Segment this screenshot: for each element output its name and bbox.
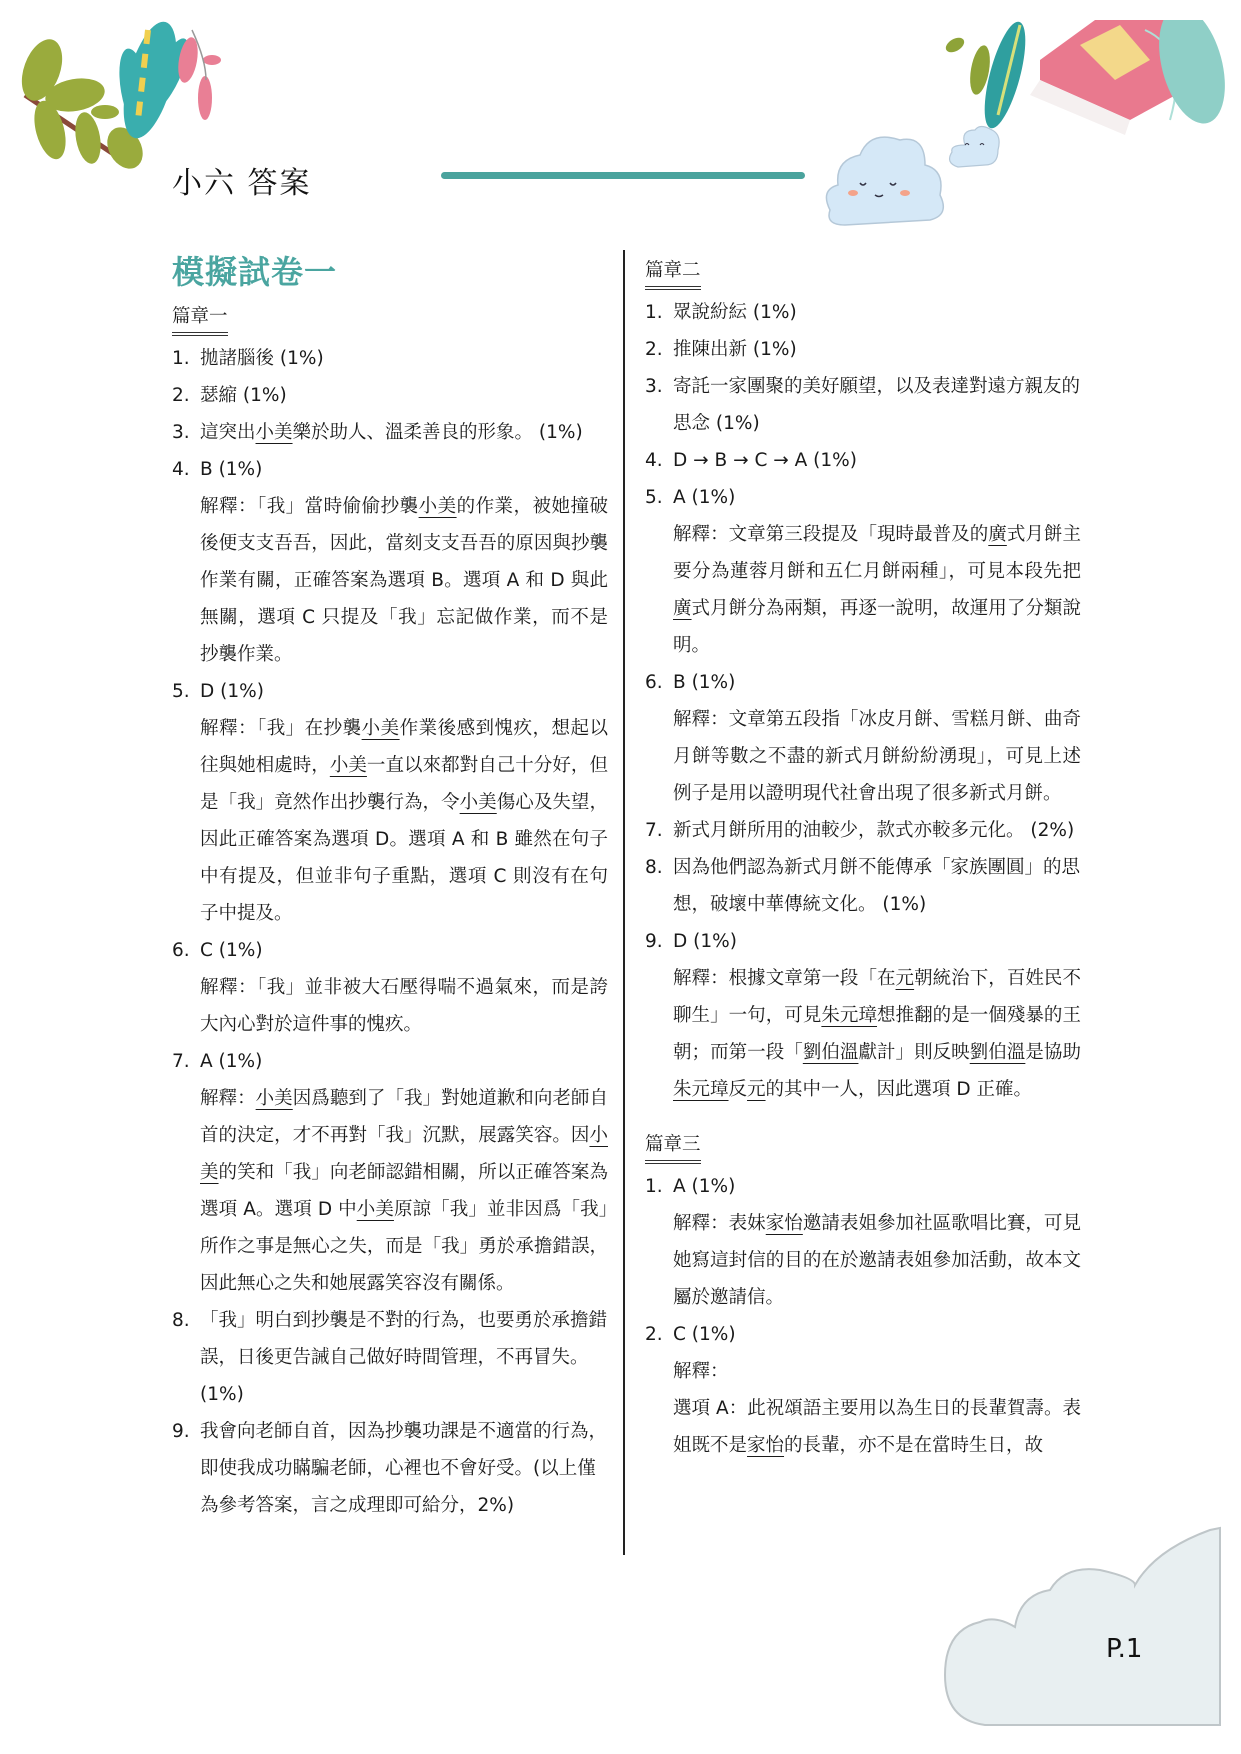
- answer-item: 1.A (1%): [645, 1168, 1081, 1205]
- proper-noun: 小美: [362, 718, 400, 739]
- leaves-illustration-top-left: [20, 20, 240, 170]
- explanation: 解釋：表妹家怡邀請表姐參加社區歌唱比賽，可見她寫這封信的目的在於邀請表姐參加活動…: [645, 1205, 1081, 1316]
- chapter-heading-2: 篇章二: [645, 256, 701, 290]
- answer-item: 2.C (1%): [645, 1316, 1081, 1353]
- proper-noun: 家怡: [766, 1213, 803, 1234]
- answer-item: 1.眾說紛紜 (1%): [645, 294, 1081, 331]
- page-number: P.1: [1106, 1634, 1142, 1664]
- explanation: 解釋：小美因爲聽到了「我」對她道歉和向老師自首的決定，才不再對「我」沉默，展露笑…: [172, 1080, 608, 1302]
- proper-noun: 廣: [673, 598, 692, 619]
- proper-noun: 家怡: [747, 1435, 784, 1456]
- answer-item: 2.推陳出新 (1%): [645, 331, 1081, 368]
- proper-noun: 小美: [419, 496, 457, 517]
- chapter-heading-1: 篇章一: [172, 302, 228, 336]
- answer-item: 8.因為他們認為新式月餅不能傳承「家族團圓」的思想，破壞中華傳統文化。 (1%): [645, 849, 1081, 923]
- answer-item: 6.B (1%): [645, 664, 1081, 701]
- answer-item: 2.瑟縮 (1%): [172, 377, 608, 414]
- explanation: 解釋：「我」當時偷偷抄襲小美的作業，被她撞破後便支支吾吾，因此，當刻支支吾吾的原…: [172, 488, 608, 673]
- answer-item: 5.A (1%): [645, 479, 1081, 516]
- answer-item: 3.這突出小美樂於助人、溫柔善良的形象。 (1%): [172, 414, 608, 451]
- proper-noun: 元: [896, 968, 915, 989]
- explanation: 解釋：「我」並非被大石壓得喘不過氣來，而是誇大內心對於這件事的愧疚。: [172, 969, 608, 1043]
- explanation: 解釋：文章第三段提及「現時最普及的廣式月餅主要分為蓮蓉月餅和五仁月餅兩種」，可見…: [645, 516, 1081, 664]
- answer-item: 8.「我」明白到抄襲是不對的行為，也要勇於承擔錯誤，日後更告誡自己做好時間管理，…: [172, 1302, 608, 1413]
- smiling-clouds-illustration: [820, 125, 1005, 230]
- title-underline-rule: [441, 172, 805, 179]
- proper-noun: 朱元璋: [821, 1005, 877, 1026]
- proper-noun: 朱元璋: [673, 1079, 729, 1100]
- proper-noun: 小美: [256, 1088, 293, 1109]
- explanation: 選項 A：此祝頌語主要用以為生日的長輩賀壽。表姐既不是家怡的長輩，亦不是在當時生…: [645, 1390, 1081, 1464]
- column-divider: [623, 250, 625, 1555]
- proper-noun: 廣: [988, 524, 1007, 545]
- answer-item: 5.D (1%): [172, 673, 608, 710]
- answer-item: 7.新式月餅所用的油較少，款式亦較多元化。 (2%): [645, 812, 1081, 849]
- answer-item: 1.拋諸腦後 (1%): [172, 340, 608, 377]
- explanation: 解釋：根據文章第一段「在元朝統治下，百姓民不聊生」一句，可見朱元璋想推翻的是一個…: [645, 960, 1081, 1108]
- answer-item: 6.C (1%): [172, 932, 608, 969]
- explanation: 解釋：文章第五段指「冰皮月餅、雪糕月餅、曲奇月餅等數之不盡的新式月餅紛紛湧現」，…: [645, 701, 1081, 812]
- proper-noun: 小美: [460, 792, 497, 813]
- proper-noun: 劉伯溫: [970, 1042, 1026, 1063]
- exam-title: 模擬試卷一: [172, 248, 608, 296]
- answer-item: 7.A (1%): [172, 1043, 608, 1080]
- page-title: 小六 答案: [172, 158, 312, 202]
- proper-noun: 小美: [330, 755, 367, 776]
- proper-noun: 小美: [357, 1199, 394, 1220]
- answer-item: 3.寄託一家團聚的美好願望，以及表達對遠方親友的思念 (1%): [645, 368, 1081, 442]
- answer-item: 9.我會向老師自首，因為抄襲功課是不適當的行為，即使我成功瞞騙老師，心裡也不會好…: [172, 1413, 608, 1524]
- cloud-illustration-bottom-right: [940, 1510, 1241, 1740]
- answer-item: 9.D (1%): [645, 923, 1081, 960]
- chapter-heading-3: 篇章三: [645, 1130, 701, 1164]
- answer-item: 4.B (1%): [172, 451, 608, 488]
- left-column: 模擬試卷一 篇章一 1.拋諸腦後 (1%) 2.瑟縮 (1%) 3.這突出小美樂…: [172, 248, 608, 1524]
- proper-noun: 劉伯溫: [803, 1042, 859, 1063]
- answer-item: 4.D → B → C → A (1%): [645, 442, 1081, 479]
- explanation-label: 解釋：: [645, 1353, 1081, 1390]
- proper-noun: 元: [747, 1079, 766, 1100]
- proper-noun: 小美: [256, 422, 293, 443]
- right-column: 篇章二 1.眾說紛紜 (1%) 2.推陳出新 (1%) 3.寄託一家團聚的美好願…: [645, 252, 1081, 1464]
- explanation: 解釋：「我」在抄襲小美作業後感到愧疚，想起以往與她相處時，小美一直以來都對自己十…: [172, 710, 608, 932]
